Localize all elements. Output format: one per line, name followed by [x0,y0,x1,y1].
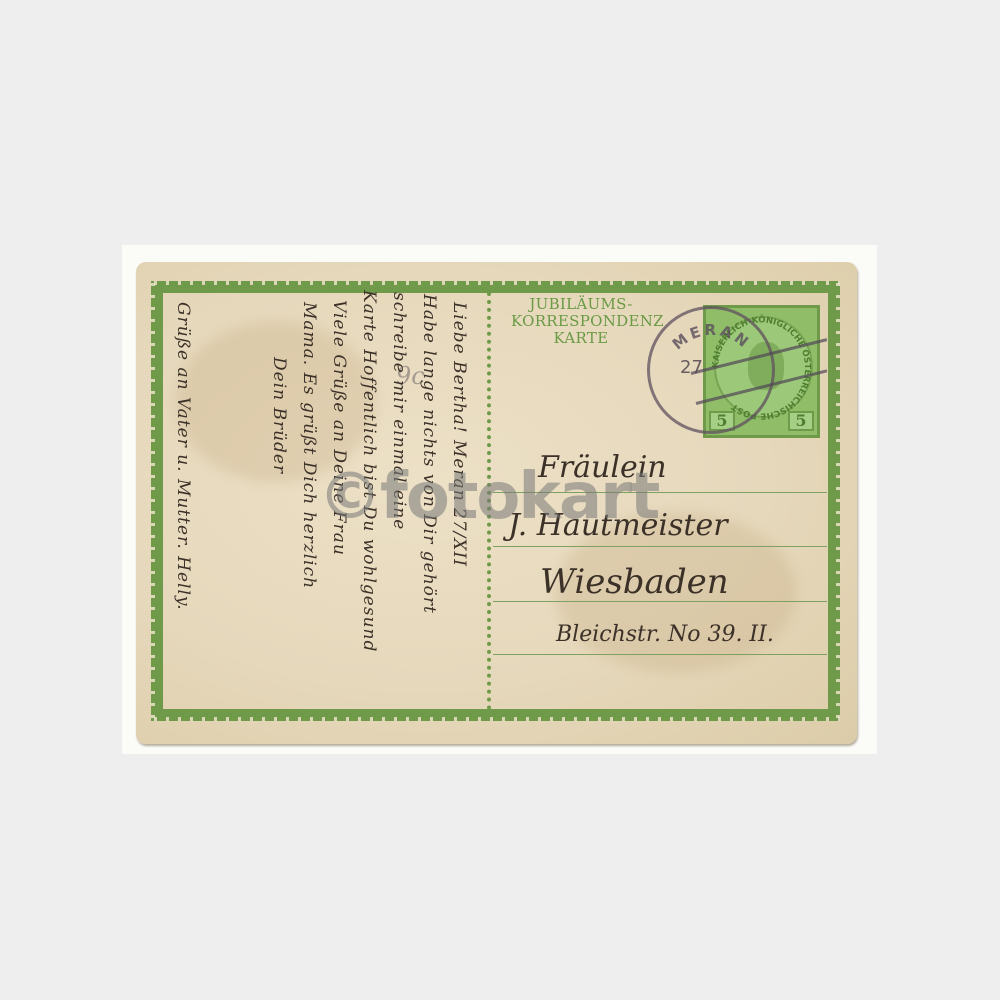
stamp-value-right: 5 [788,411,814,431]
printed-title: JUBILÄUMS- KORRESPONDENZ KARTE [511,296,651,347]
address-line-4: Bleichstr. No 39. II. [556,622,774,647]
address-line-3: Wiesbaden [540,562,729,602]
address-rule [493,546,827,547]
title-line-3: KARTE [511,330,651,347]
title-line-2: KORRESPONDENZ [511,313,651,330]
address-rule [493,654,827,655]
message-line: Mama. Es grüßt Dich herzlich [299,302,319,589]
message-line: Grüße an Vater u. Mutter. Helly. [173,302,193,611]
watermark: ©fotokart [318,462,658,532]
message-line: Dein Brüder [269,357,289,474]
svg-text:MERAN: MERAN [669,321,754,353]
title-line-1: JUBILÄUMS- [511,296,651,313]
message-line: Habe lange nichts von Dir gehört [419,294,439,614]
